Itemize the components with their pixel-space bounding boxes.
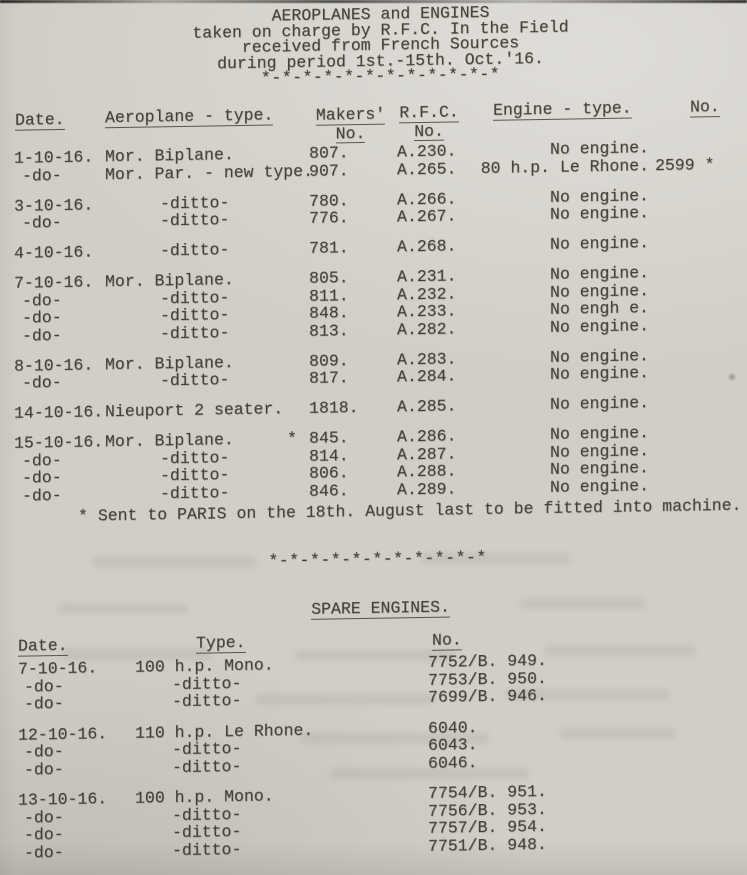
engine-cell: No engine. — [479, 394, 655, 414]
spare-header-date: Date. — [18, 637, 68, 656]
rfc-cell: A.267. — [394, 207, 479, 226]
row-group: 14-10-16.Nieuport 2 seater.1818.A.285.No… — [14, 393, 720, 422]
makers-cell: 813. — [307, 321, 394, 340]
date-cell: -do- — [14, 451, 105, 470]
no-cell — [655, 203, 720, 222]
spare-engines-heading: SPARE ENGINES. — [0, 593, 747, 624]
no-cell — [655, 441, 720, 460]
makers-cell: 780. — [307, 191, 394, 210]
makers-cell: 845. — [307, 428, 394, 447]
date-cell: -do- — [18, 694, 135, 713]
makers-cell: 1818. — [307, 398, 394, 417]
rfc-cell: A.232. — [394, 285, 479, 304]
table-row: 14-10-16.Nieuport 2 seater.1818.A.285.No… — [14, 393, 720, 422]
makers-cell: 807. — [307, 143, 394, 162]
main-header-rfc-no: R.F.C. No. — [394, 103, 464, 141]
rfc-cell: A.283. — [394, 350, 479, 369]
main-header-no: No. — [690, 98, 720, 117]
type-cell: -ditto- — [105, 482, 307, 503]
date-cell: -do- — [18, 676, 135, 695]
row-group: 7-10-16.100 h.p. Mono.7752/B. 949.-do--d… — [18, 649, 728, 713]
no-cell — [655, 281, 720, 300]
engine-cell: No engine. — [479, 204, 655, 224]
makers-cell: 809. — [307, 351, 394, 370]
no-cell — [655, 233, 720, 252]
type-cell: -ditto- — [135, 840, 300, 860]
rfc-cell: A.287. — [394, 445, 479, 464]
spare-header-no: No. — [432, 631, 462, 650]
date-cell: -do- — [14, 308, 105, 327]
no-cell — [655, 423, 720, 442]
date-cell: 13-10-16. — [18, 790, 135, 809]
no-cell — [655, 458, 720, 477]
row-group: 13-10-16.100 h.p. Mono.7754/B. 951.-do--… — [18, 780, 728, 862]
date-cell: -do- — [18, 807, 135, 826]
date-cell: 7-10-16. — [18, 659, 135, 678]
makers-cell: 806. — [307, 463, 394, 482]
no-cell — [655, 346, 720, 365]
no-cell — [655, 263, 720, 282]
row-asterisk-note: * — [287, 430, 297, 448]
document-title-block: AEROPLANES and ENGINES taken on charge b… — [0, 1, 747, 91]
date-cell: -do- — [18, 825, 135, 844]
makers-cell: 811. — [307, 286, 394, 305]
makers-cell: 846. — [307, 481, 394, 500]
engine-cell: No engine. — [479, 364, 655, 384]
rfc-cell: A.285. — [394, 397, 479, 416]
type-cell: -ditto- — [135, 691, 300, 711]
main-header-makers-no: Makers' No. — [307, 105, 394, 143]
type-cell: -ditto- — [105, 322, 307, 343]
rfc-cell: A.286. — [394, 427, 479, 446]
makers-cell: 781. — [307, 238, 394, 257]
type-cell: Mor. Par. - new type. — [105, 162, 307, 183]
date-cell: 4-10-16. — [14, 243, 105, 262]
main-header-aeroplane-type: Aeroplane - type. — [105, 106, 273, 127]
rfc-cell: A.284. — [394, 367, 479, 386]
date-cell: -do- — [14, 326, 105, 345]
date-cell: 7-10-16. — [14, 273, 105, 292]
engine-cell: 80 h.p. Le Rhone. — [479, 157, 655, 177]
type-cell: -ditto- — [105, 210, 307, 231]
date-cell: -do- — [14, 486, 105, 505]
rfc-cell: A.288. — [394, 462, 479, 481]
row-group: 15-10-16.Mor. Biplane.845.A.286.No engin… — [14, 423, 720, 505]
makers-cell: 907. — [307, 161, 394, 180]
main-header-date: Date. — [15, 111, 65, 130]
no-cell — [655, 316, 720, 335]
makers-cell: 805. — [307, 268, 394, 287]
date-cell: -do- — [14, 373, 105, 392]
no-cell — [655, 186, 720, 205]
spare-header-type: Type. — [196, 634, 246, 653]
decorative-separator-mid: *-*-*-*-*-*-*-*-*-*-* — [0, 544, 747, 575]
main-header-engine-type: Engine - type. — [493, 100, 632, 121]
table-row: 4-10-16.-ditto-781.A.268.No engine. — [14, 233, 720, 262]
no-cell — [655, 138, 720, 157]
makers-cell: 814. — [307, 446, 394, 465]
date-cell: -do- — [14, 291, 105, 310]
no-cell — [655, 363, 720, 382]
engine-cell: No engine. — [479, 317, 655, 337]
row-group: 3-10-16.-ditto-780.A.266.No engine.-do--… — [14, 186, 720, 233]
row-group: 12-10-16.110 h.p. Le Rhone.6040.-do--dit… — [18, 714, 728, 778]
rfc-cell: A.265. — [394, 160, 479, 179]
main-table-body: 1-10-16.Mor. Biplane.807.A.230.No engine… — [14, 138, 720, 517]
date-cell: 8-10-16. — [14, 356, 105, 375]
engine-cell: No engine. — [479, 234, 655, 254]
row-group: 1-10-16.Mor. Biplane.807.A.230.No engine… — [14, 138, 720, 185]
rfc-cell: A.282. — [394, 320, 479, 339]
row-group: 8-10-16.Mor. Biplane.809.A.283.No engine… — [14, 346, 720, 393]
typewritten-content: AEROPLANES and ENGINES taken on charge b… — [0, 0, 747, 875]
no-cell: 2599 * — [655, 156, 720, 175]
type-cell: -ditto- — [105, 370, 307, 391]
rfc-cell: A.266. — [394, 190, 479, 209]
makers-cell: 817. — [307, 368, 394, 387]
date-cell: -do- — [14, 213, 105, 232]
rfc-cell: A.268. — [394, 237, 479, 256]
date-cell: 12-10-16. — [18, 724, 135, 743]
date-cell: -do- — [18, 842, 135, 861]
makers-cell: 776. — [307, 208, 394, 227]
no-cell — [655, 298, 720, 317]
row-group: 4-10-16.-ditto-781.A.268.No engine. — [14, 233, 720, 262]
date-cell: -do- — [14, 468, 105, 487]
rfc-cell: A.230. — [394, 142, 479, 161]
scan-edge-artifact — [0, 0, 747, 3]
date-cell: 3-10-16. — [14, 196, 105, 215]
date-cell: -do- — [18, 742, 135, 761]
date-cell: -do- — [14, 166, 105, 185]
no-cell — [655, 476, 720, 495]
rfc-cell: A.231. — [394, 267, 479, 286]
date-cell: 15-10-16. — [14, 433, 105, 452]
rfc-cell: A.233. — [394, 302, 479, 321]
type-cell: -ditto- — [135, 757, 300, 777]
makers-cell: 848. — [307, 303, 394, 322]
spare-table-body: 7-10-16.100 h.p. Mono.7752/B. 949.-do--d… — [18, 649, 728, 875]
date-cell: -do- — [18, 759, 135, 778]
type-cell: Nieuport 2 seater. — [105, 400, 307, 421]
engine-cell: No engine. — [479, 477, 655, 497]
row-group: 7-10-16.Mor. Biplane.805.A.231.No engine… — [14, 263, 720, 345]
rfc-cell: A.289. — [394, 480, 479, 499]
scanned-document-page: AEROPLANES and ENGINES taken on charge b… — [0, 0, 747, 875]
type-cell: -ditto- — [105, 240, 307, 261]
no-cell — [655, 393, 720, 412]
date-cell: 1-10-16. — [14, 148, 105, 167]
date-cell: 14-10-16. — [14, 403, 105, 422]
